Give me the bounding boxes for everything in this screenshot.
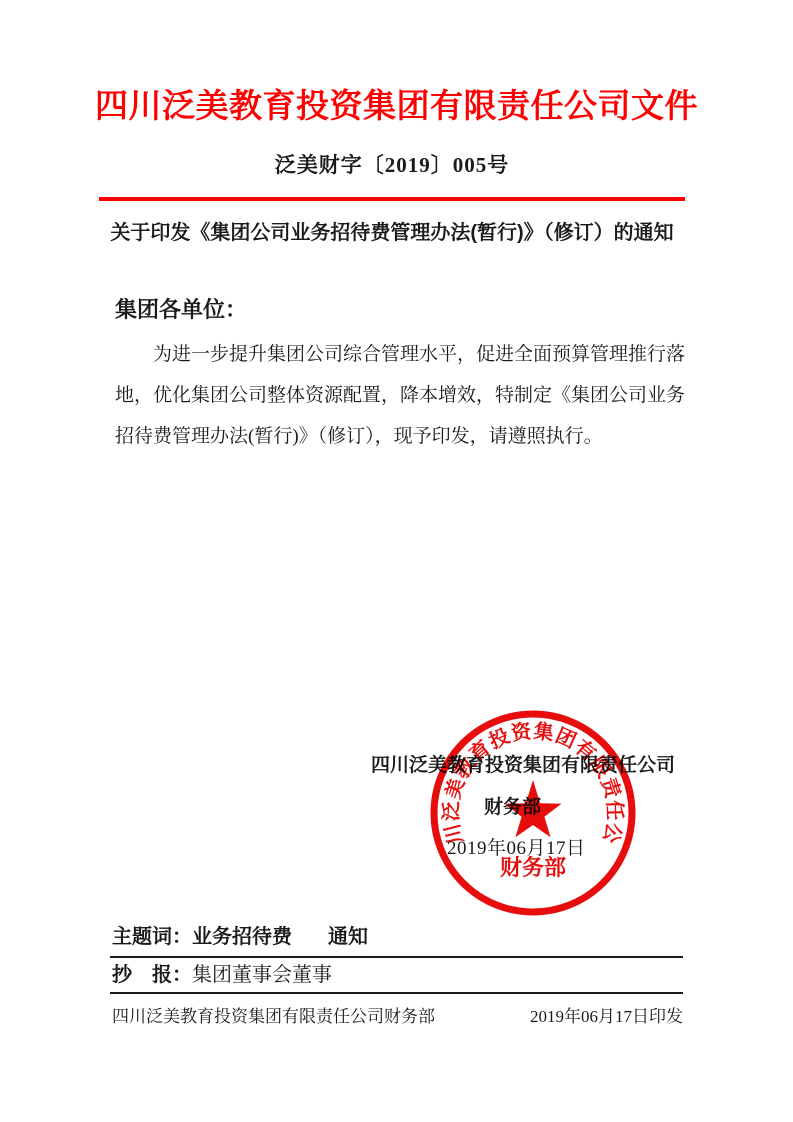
document-subject-line: 关于印发《集团公司业务招待费管理办法(暂行)》（修订）的通知 (99, 219, 685, 247)
body-paragraph-line: 为进一步提升集团公司综合管理水平，促进全面预算管理推行落 (115, 334, 685, 375)
document-header-title: 四川泛美教育投资集团有限责任公司文件 (0, 84, 793, 130)
body-paragraph-line: 招待费管理办法(暂行)》（修订），现予印发，请遵照执行。 (115, 416, 685, 457)
official-seal-stamp: 四川泛美教育投资集团有限责任公司 财务部 (427, 707, 639, 919)
seal-center-label: 财务部 (500, 855, 566, 880)
footer-divider-top (110, 956, 683, 958)
document-number: 泛美财字〔2019〕005号 (99, 150, 685, 180)
print-date: 2019年06月17日印发 (530, 1005, 683, 1029)
red-separator-rule (99, 197, 685, 201)
copy-to-label: 抄 报： (112, 964, 192, 986)
keywords-row: 主题词：业务招待费通知 (112, 924, 368, 950)
salutation: 集团各单位： (115, 297, 247, 323)
keyword: 业务招待费 (192, 926, 292, 948)
star-icon (505, 780, 562, 837)
body-paragraph-line: 地，优化集团公司整体资源配置，降本增效，特制定《集团公司业务 (115, 375, 685, 416)
issuing-department: 四川泛美教育投资集团有限责任公司财务部 (112, 1005, 435, 1029)
copy-to-value: 集团董事会董事 (192, 964, 332, 986)
print-info-row: 四川泛美教育投资集团有限责任公司财务部 2019年06月17日印发 (112, 1005, 683, 1029)
keywords-label: 主题词： (112, 926, 192, 948)
official-document-page: 四川泛美教育投资集团有限责任公司文件 泛美财字〔2019〕005号 关于印发《集… (0, 0, 793, 1122)
body-paragraph: 为进一步提升集团公司综合管理水平，促进全面预算管理推行落 地，优化集团公司整体资… (115, 334, 685, 457)
keyword: 通知 (328, 926, 368, 948)
footer-divider-bottom (110, 992, 683, 994)
copy-to-row: 抄 报：集团董事会董事 (112, 962, 332, 988)
